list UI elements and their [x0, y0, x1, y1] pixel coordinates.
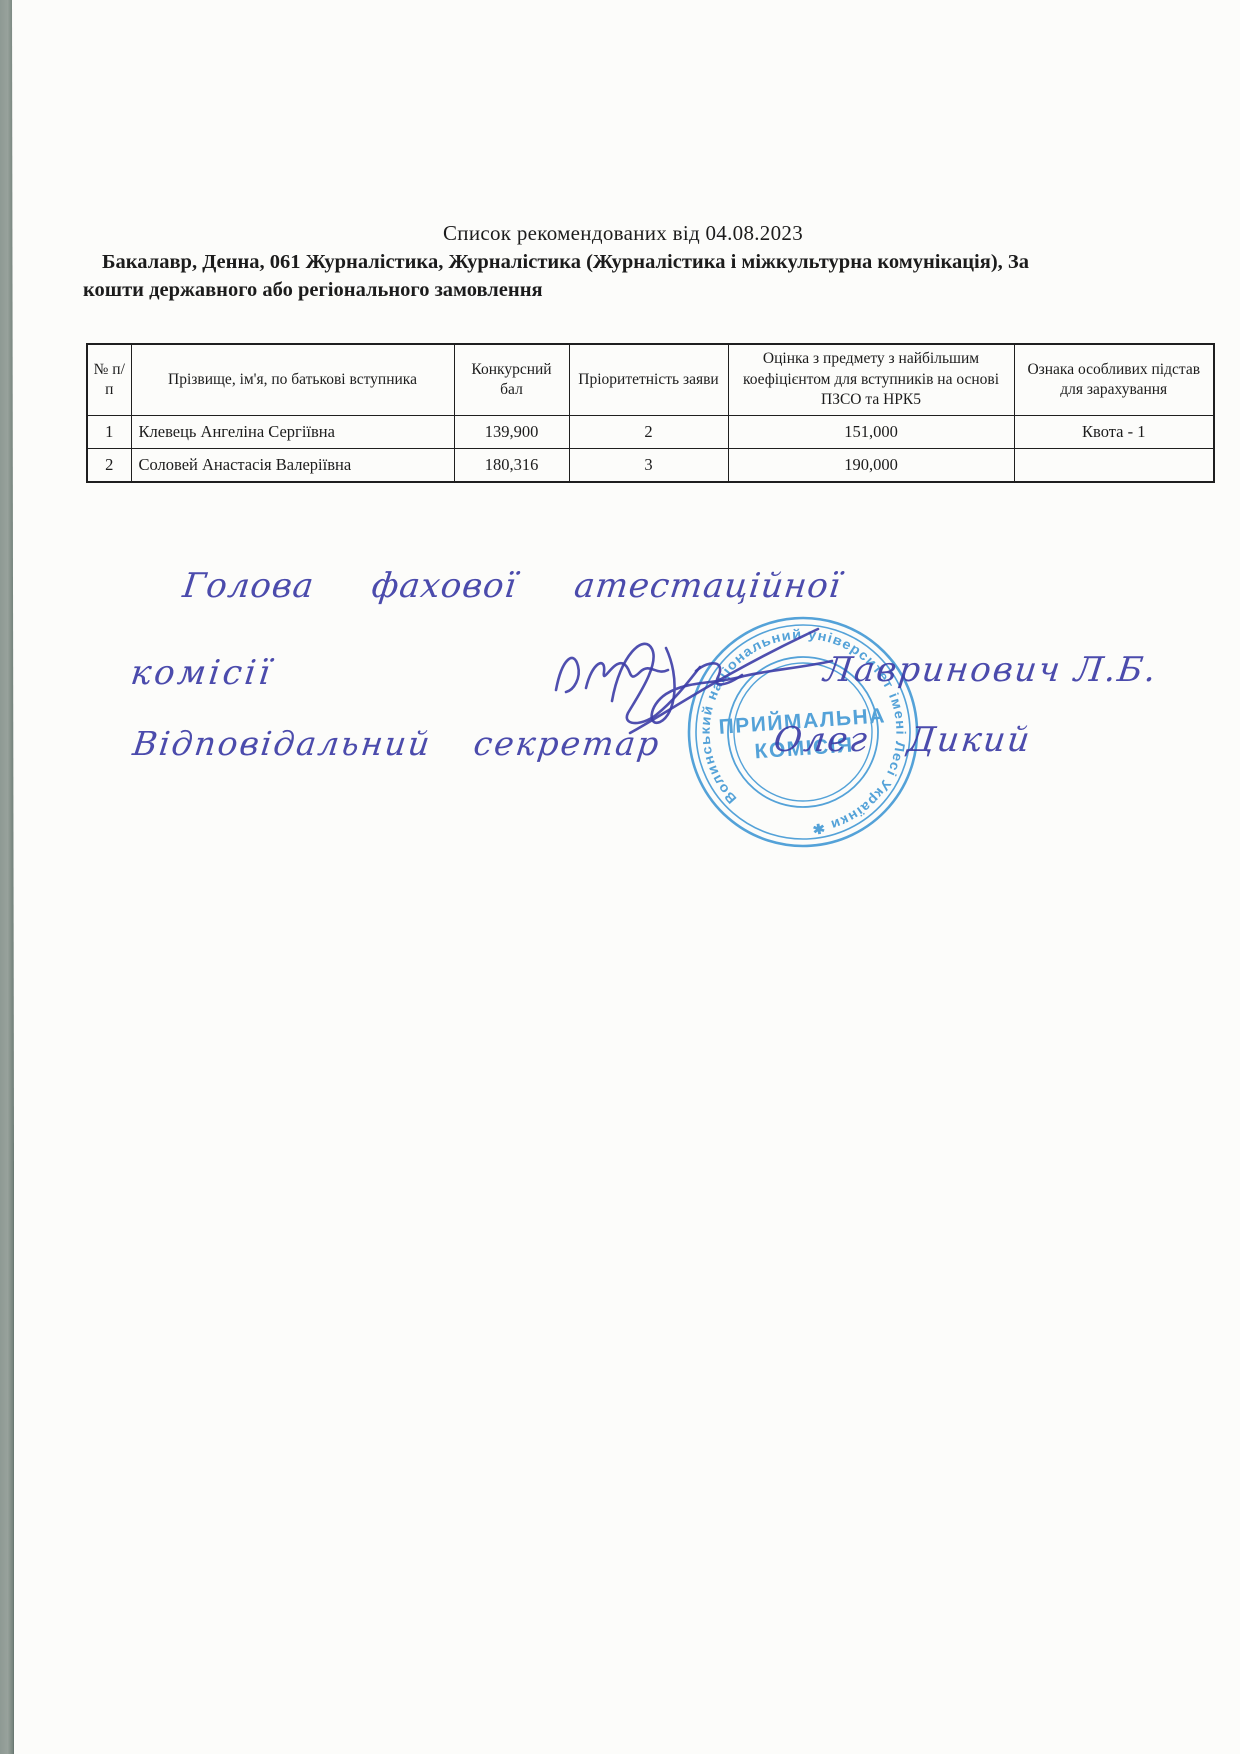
cell-name: Соловей Анастасія Валеріївна [131, 449, 454, 483]
table-row: 2 Соловей Анастасія Валеріївна 180,316 3… [87, 449, 1214, 483]
col-header-number: № п/п [87, 344, 131, 416]
table-header-row: № п/п Прізвище, ім'я, по батькові вступн… [87, 344, 1214, 416]
col-header-priority: Пріоритетність заяви [569, 344, 728, 416]
scanned-document-page: Список рекомендованих від 04.08.2023 Бак… [0, 0, 1240, 1754]
cell-score: 139,900 [454, 416, 569, 449]
table-row: 1 Клевець Ангеліна Сергіївна 139,900 2 1… [87, 416, 1214, 449]
subtitle-line-2: кошти державного або регіонального замов… [83, 276, 1173, 304]
document-title: Список рекомендованих від 04.08.2023 [83, 221, 1163, 246]
cell-score: 180,316 [454, 449, 569, 483]
col-header-subject-score: Оцінка з предмету з найбільшим коефіцієн… [728, 344, 1014, 416]
handwritten-name-chair: Лавринович Л.Б. [822, 650, 1160, 690]
cell-special-grounds [1014, 449, 1214, 483]
handwritten-role-chair-line1: Голова фахової атестаційної [181, 566, 844, 606]
secretary-signature-stroke [600, 615, 830, 745]
applicants-table: № п/п Прізвище, ім'я, по батькові вступн… [86, 343, 1215, 483]
col-header-score: Конкурсний бал [454, 344, 569, 416]
cell-special-grounds: Квота - 1 [1014, 416, 1214, 449]
cell-name: Клевець Ангеліна Сергіївна [131, 416, 454, 449]
cell-number: 1 [87, 416, 131, 449]
cell-priority: 2 [569, 416, 728, 449]
cell-subject-score: 190,000 [728, 449, 1014, 483]
col-header-name: Прізвище, ім'я, по батькові вступника [131, 344, 454, 416]
scan-edge-strip [0, 0, 14, 1754]
handwritten-role-chair-line2: комісії [129, 653, 276, 693]
cell-subject-score: 151,000 [728, 416, 1014, 449]
subtitle-line-1: Бакалавр, Денна, 061 Журналістика, Журна… [83, 248, 1173, 276]
cell-priority: 3 [569, 449, 728, 483]
cell-number: 2 [87, 449, 131, 483]
document-subtitle: Бакалавр, Денна, 061 Журналістика, Журна… [83, 248, 1173, 304]
col-header-special-grounds: Ознака особливих підстав для зарахування [1014, 344, 1214, 416]
